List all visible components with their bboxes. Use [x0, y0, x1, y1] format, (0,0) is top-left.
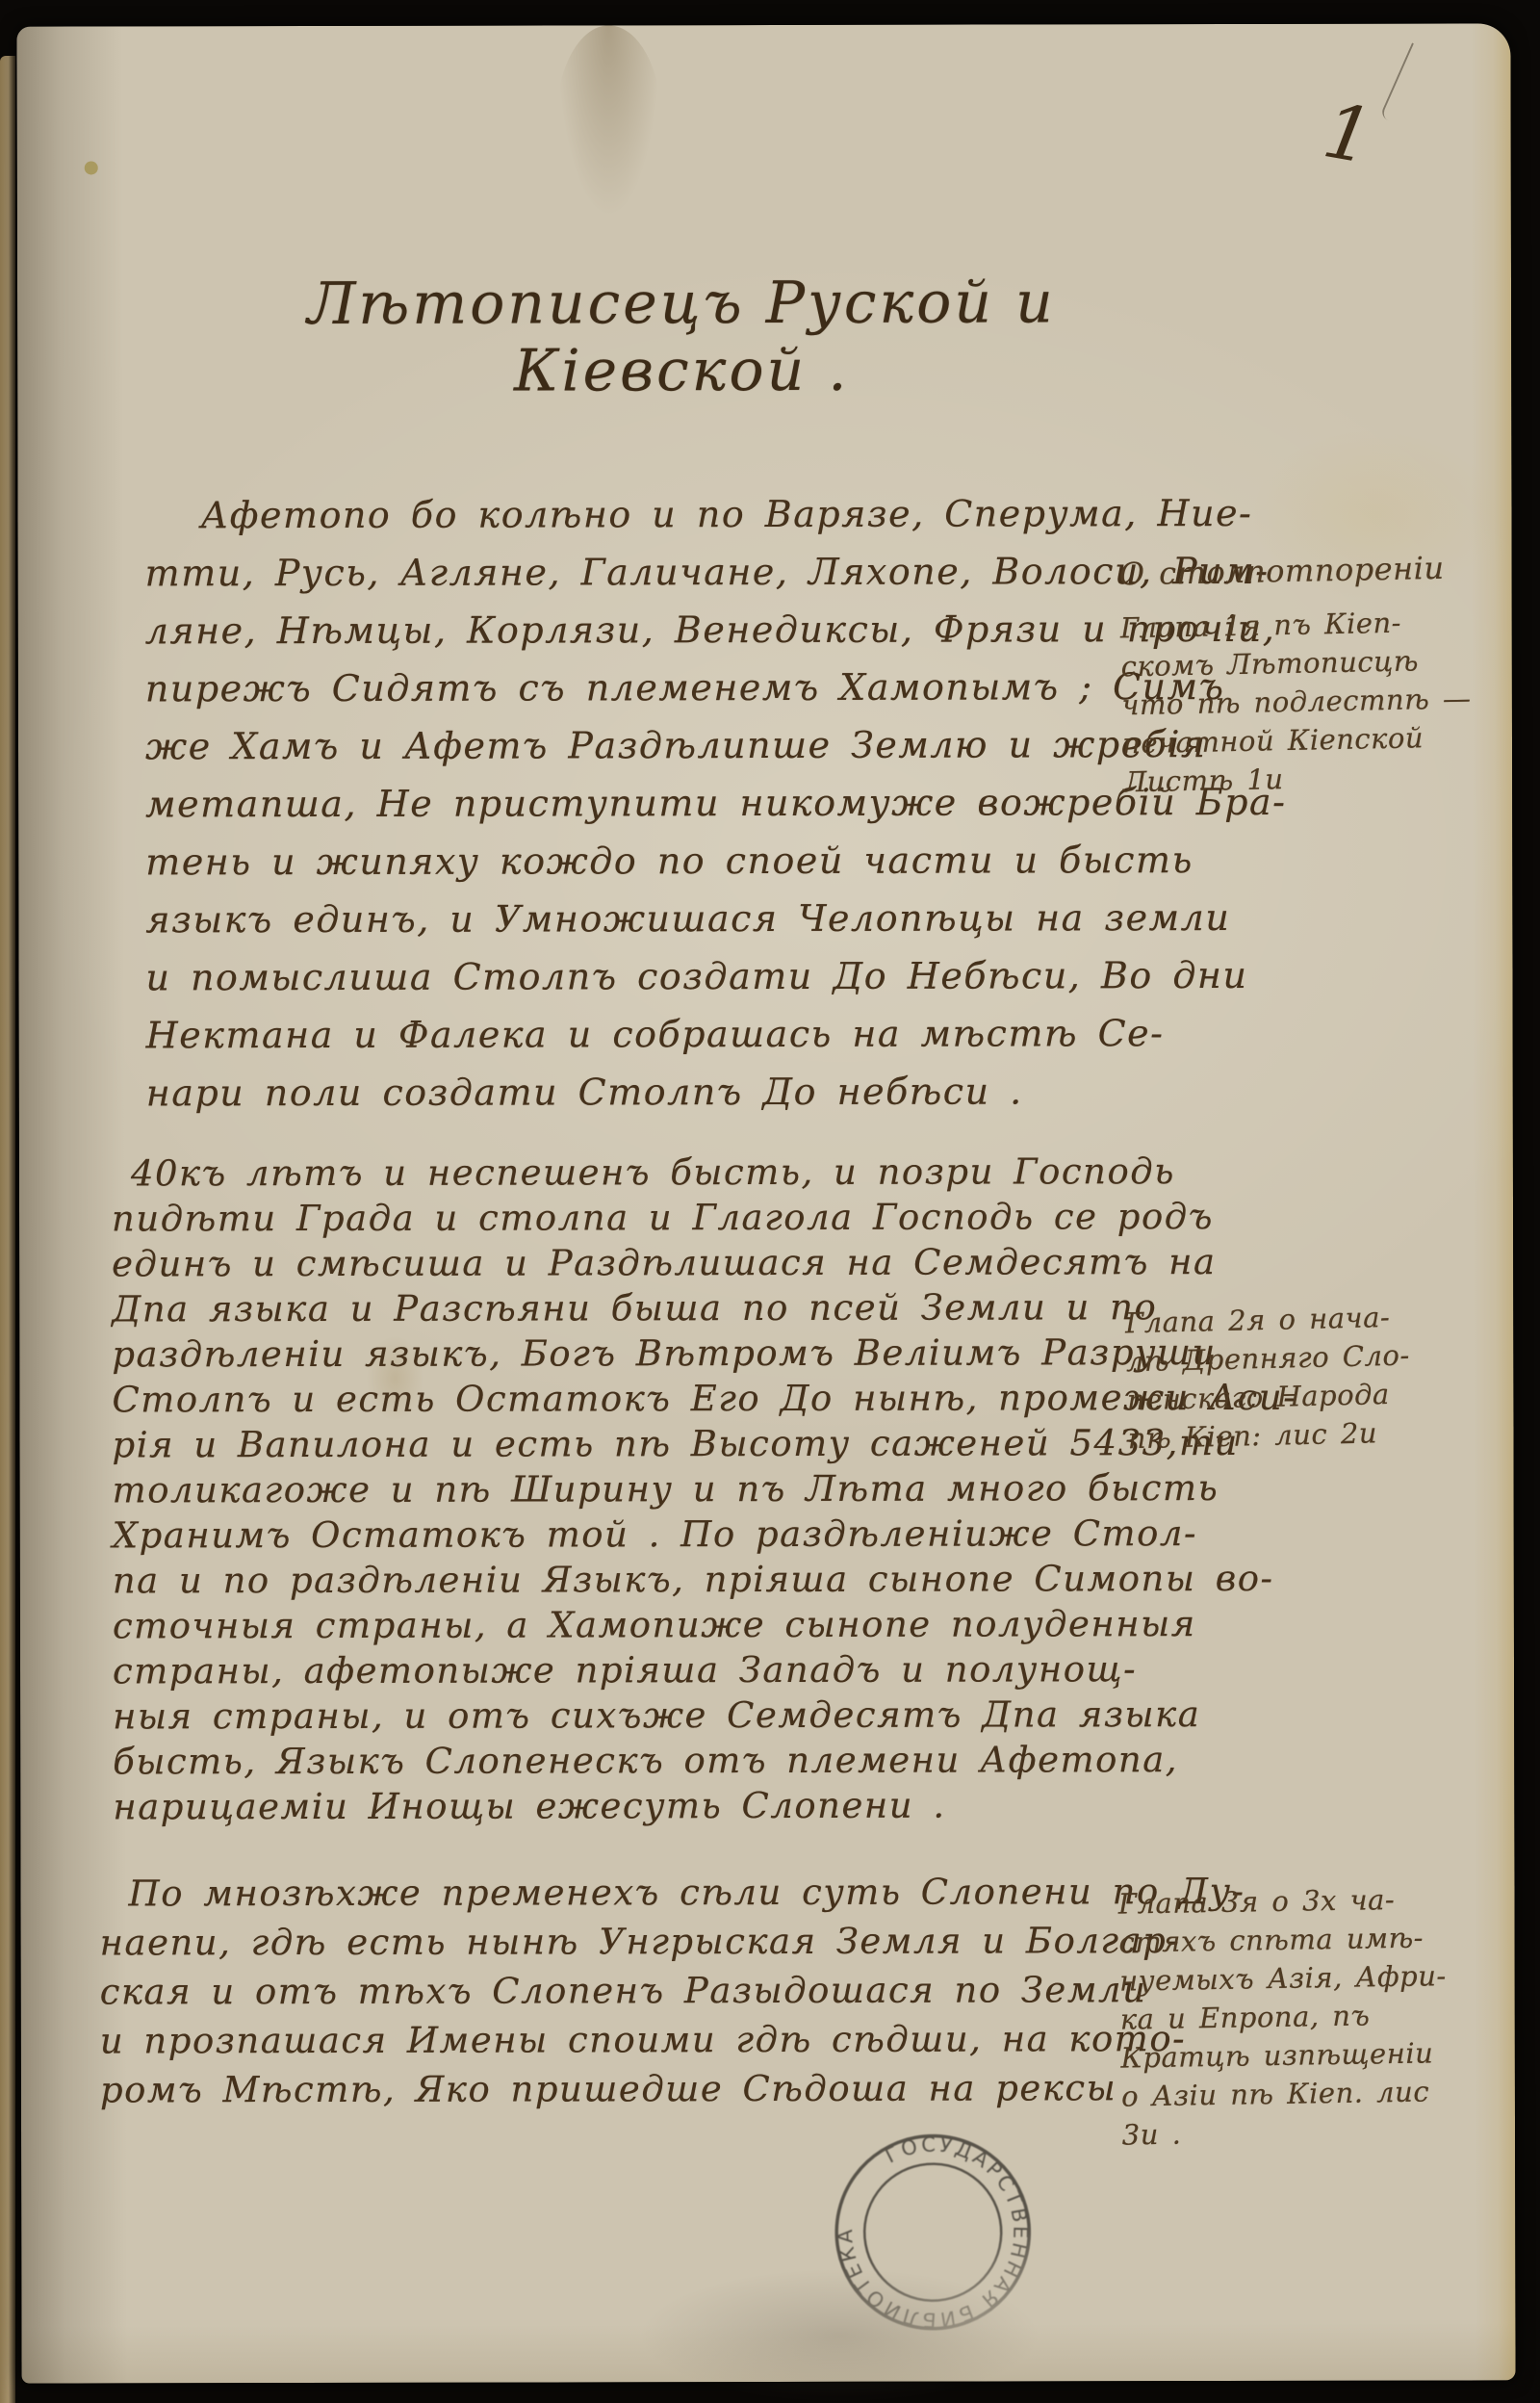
text-line: пидѣти Града и столпа и Глагола Господь …: [112, 1194, 1296, 1242]
text-line: па и по раздѣленіи Языкъ, пріяша сынопе …: [113, 1556, 1297, 1604]
library-stamp: ГОСУДАРСТВЕННАЯ БИБЛИОТЕКА: [785, 2085, 1080, 2380]
text-line: пирежъ Сидятъ съ племенемъ Хамопымъ ; Си…: [145, 658, 1286, 717]
text-line: и прозпашася Имены споими гдѣ сѣдши, на …: [100, 2014, 1245, 2065]
text-line: языкъ единъ, и Умножишася Челопѣцы на зе…: [145, 889, 1286, 948]
text-line: 40къ лѣтъ и неспешенъ бысть, и позри Гос…: [112, 1149, 1296, 1197]
margin-note-line: ка и Епропа, пъ: [1119, 1995, 1447, 2038]
text-line: Столпъ и есть Остатокъ Его До нынѣ, пром…: [112, 1375, 1296, 1423]
scan-background: 1 Лѣтописецъ Руской и Кіевской . Афетопо…: [0, 0, 1540, 2403]
manuscript-title: Лѣтописецъ Руской и Кіевской .: [162, 269, 1201, 405]
text-line: Хранимъ Остатокъ той . По раздѣленіиже С…: [113, 1511, 1297, 1559]
text-line: тень и жипяху кождо по споей части и быс…: [145, 831, 1286, 891]
svg-text:ГОСУДАРСТВЕННАЯ БИБЛИОТЕКА: ГОСУДАРСТВЕННАЯ БИБЛИОТЕКА: [796, 2095, 1070, 2369]
margin-note-2: Глапа 2я о нача- лѣ Дрепняго Сло- пенска…: [1125, 1298, 1412, 1459]
margin-note-line: лѣ Дрепняго Сло-: [1125, 1336, 1410, 1382]
text-line: единъ и смѣсиша и Раздѣлишася на Семдеся…: [112, 1239, 1296, 1287]
margin-note-line: печатной Кіепской: [1122, 717, 1473, 762]
margin-note-line: Глапа 2я о нача-: [1125, 1298, 1410, 1343]
text-line: толикагоже и пѣ Ширину и пъ Лѣта много б…: [113, 1465, 1297, 1513]
paragraph-2: 40къ лѣтъ и неспешенъ бысть, и позри Гос…: [112, 1149, 1297, 1830]
text-line: нарицаеміи Инощы ежесуть Слопени .: [113, 1782, 1297, 1830]
margin-note-line: нуемыхъ Азія, Афри-: [1119, 1956, 1447, 2000]
margin-note-1: О столпотпореніи Глапа 1я пъ Кіеп- скомъ…: [1118, 548, 1473, 801]
text-line: рія и Вапилона и есть пѣ Высоту саженей …: [112, 1420, 1296, 1468]
text-line: Нектана и Фалека и собрашась на мѣстѣ Се…: [146, 1004, 1287, 1064]
paper-stain: [555, 25, 661, 218]
margin-note-line: 3и .: [1121, 2110, 1449, 2154]
text-line: ляне, Нѣмцы, Корлязи, Венедиксы, Фрязи и…: [145, 600, 1286, 659]
corner-fold-mark: [1379, 42, 1463, 139]
text-line: метапша, Не приступити никомуже вожребій…: [145, 773, 1286, 833]
text-line: По мнозѣхже пременехъ сѣли суть Слопени …: [99, 1867, 1245, 1918]
text-line: тти, Русь, Агляне, Галичане, Ляхопе, Вол…: [145, 542, 1286, 602]
paper-stain: [85, 161, 98, 174]
text-line: бысть, Языкъ Слопенескъ отъ племени Афет…: [113, 1737, 1297, 1785]
margin-note-3: Глапа 3я о 3х ча- стяхъ спѣта имѣ- нуемы…: [1118, 1879, 1450, 2154]
paragraph-3: По мнозѣхже пременехъ сѣли суть Слопени …: [99, 1867, 1245, 2114]
text-line: ская и отъ тѣхъ Слопенъ Разыдошася по Зе…: [100, 1965, 1245, 2016]
margin-note-line: о Азіи пѣ Кіеп. лис: [1121, 2072, 1449, 2115]
text-line: наепи, гдѣ есть нынѣ Унгрыская Земля и Б…: [100, 1916, 1245, 1967]
margin-note-line: стяхъ спѣта имѣ-: [1118, 1918, 1446, 1961]
text-line: раздѣленіи языкъ, Богъ Вѣтромъ Веліимъ Р…: [112, 1330, 1296, 1378]
margin-note-line: Листѣ 1и: [1123, 756, 1474, 801]
stamp-arc-text: ГОСУДАРСТВЕННАЯ БИБЛИОТЕКА: [796, 2095, 1070, 2369]
text-line: ныя страны, и отъ сихъже Семдесятъ Дпа я…: [113, 1692, 1297, 1740]
margin-note-line: скомъ Лѣтописцѣ: [1120, 640, 1471, 685]
text-line: нари поли создати Столпъ До небѣси .: [146, 1062, 1287, 1122]
text-line: и помыслиша Столпъ создати До Небѣси, Во…: [145, 946, 1286, 1006]
text-line: Афетопо бо колѣно и по Варязе, Сперума, …: [144, 484, 1285, 544]
margin-note-line: Кратцѣ изпѣщеніи: [1120, 2033, 1448, 2077]
page-number: 1: [1317, 88, 1378, 181]
margin-note-line: Глапа 3я о 3х ча-: [1118, 1879, 1446, 1923]
manuscript-page: 1 Лѣтописецъ Руской и Кіевской . Афетопо…: [16, 23, 1515, 2383]
margin-note-line: О столпотпореніи: [1118, 548, 1469, 593]
margin-note-line: пенскаго Народа: [1126, 1375, 1411, 1420]
text-line: сточныя страны, а Хамопиже сынопе полуде…: [113, 1601, 1297, 1649]
margin-note-line: Глапа 1я пъ Кіеп-: [1119, 602, 1470, 647]
adjacent-page-edge: [0, 56, 15, 2403]
text-line: Дпа языка и Разсѣяни быша по псей Земли …: [112, 1284, 1296, 1332]
text-line: же Хамъ и Афетъ Раздѣлипше Землю и жребі…: [145, 715, 1286, 775]
paragraph-1: Афетопо бо колѣно и по Варязе, Сперума, …: [144, 484, 1287, 1122]
text-line: ромъ Мѣстѣ, Яко пришедше Сѣдоша на рексы: [100, 2063, 1245, 2114]
margin-note-line: пѣ Кіеп: лис 2и: [1127, 1413, 1412, 1459]
margin-note-line: что пѣ подлестпѣ —: [1121, 679, 1472, 724]
text-line: страны, афетопыже пріяша Западъ и полуно…: [113, 1646, 1297, 1694]
